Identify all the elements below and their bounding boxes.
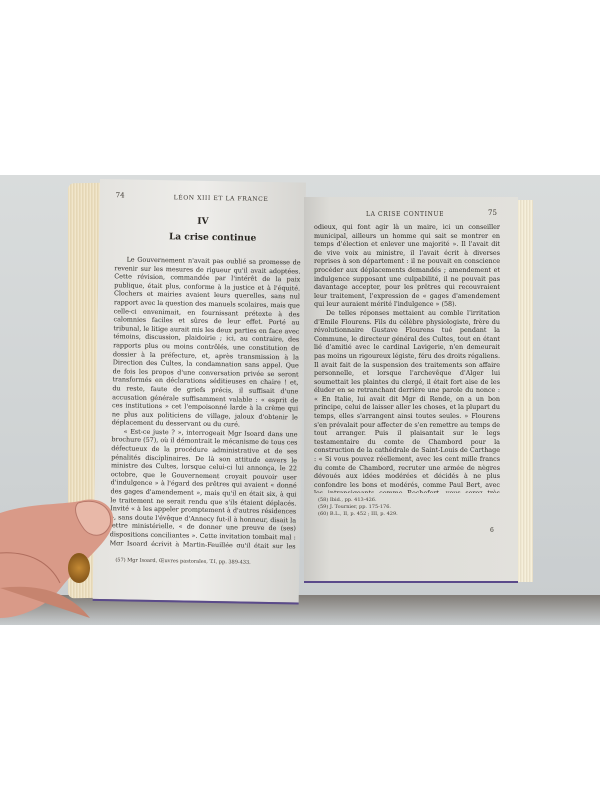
right-page-number: 75	[488, 209, 497, 217]
footnote: (60) B.L., II, p. 452 ; III, p. 429.	[318, 511, 498, 518]
paragraph: Le Gouvernement n'avait pas oublié sa pr…	[112, 255, 301, 430]
right-running-head: La crise continue	[366, 211, 444, 218]
ring	[68, 553, 90, 583]
hand-thumb-icon	[0, 493, 175, 618]
footnote: (59) J. Tournier, pp. 175-176.	[318, 504, 498, 511]
book-photo: 74 Léon XIII et la France IV La crise co…	[0, 175, 600, 625]
paragraph: De telles réponses mettaient au comble l…	[314, 309, 500, 493]
left-running-head: Léon XIII et la France	[174, 194, 269, 203]
right-body-text: odieux, qui font agir là un maire, ici u…	[314, 223, 500, 493]
chapter-title: La crise continue	[169, 232, 256, 244]
left-page-number: 74	[116, 191, 125, 199]
chapter-number: IV	[197, 217, 208, 227]
right-footnotes: (58) Ibid., pp. 413-426. (59) J. Tournie…	[318, 497, 498, 518]
paragraph: odieux, qui font agir là un maire, ici u…	[314, 223, 500, 309]
right-page: La crise continue 75 odieux, qui font ag…	[304, 197, 518, 583]
signature-mark: 6	[490, 527, 494, 534]
footnote: (58) Ibid., pp. 413-426.	[318, 497, 498, 504]
